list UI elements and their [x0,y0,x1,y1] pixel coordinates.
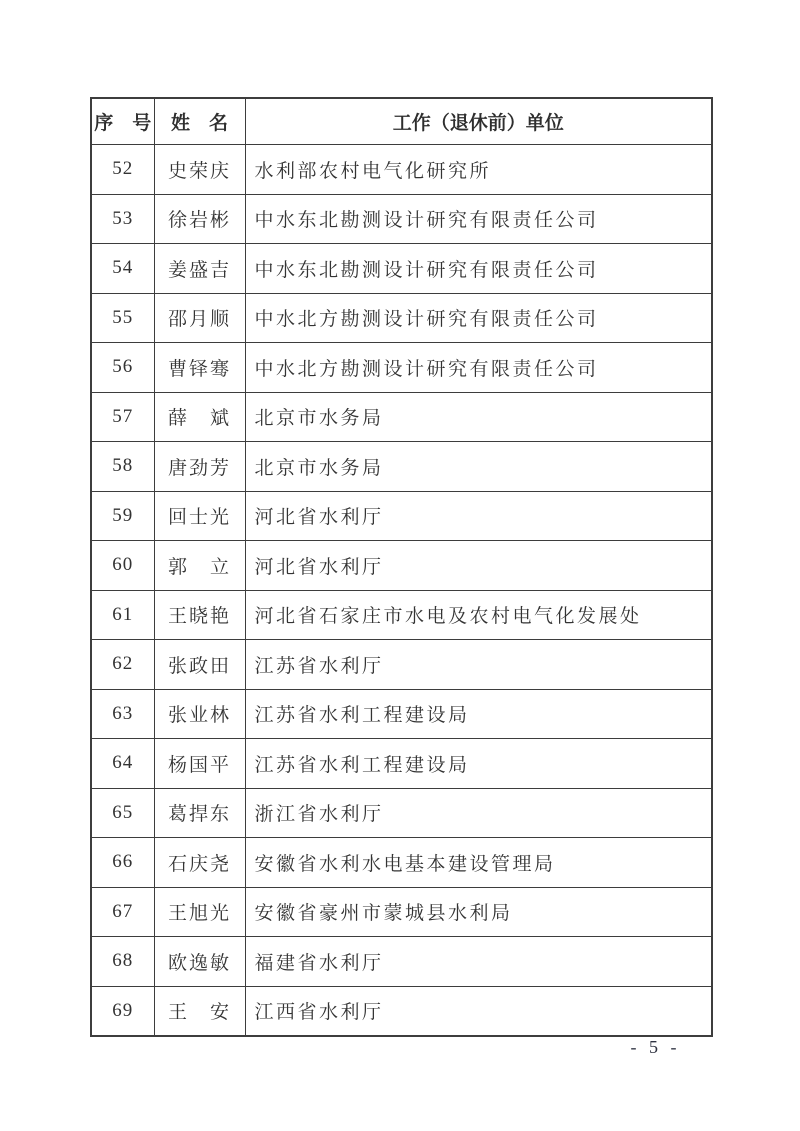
row-name-cell: 郭 立 [154,541,245,591]
table-row: 61 王晓艳 河北省石家庄市水电及农村电气化发展处 [91,590,712,640]
row-name-cell: 杨国平 [154,739,245,789]
row-index-cell: 69 [91,986,154,1036]
table-row: 58 唐劲芳 北京市水务局 [91,442,712,492]
row-unit-cell: 江西省水利厅 [245,986,712,1036]
column-header-index: 序 号 [91,98,154,145]
row-index-cell: 53 [91,194,154,244]
header-row: 序 号 姓 名 工作（退休前）单位 [91,98,712,145]
row-index-cell: 61 [91,590,154,640]
row-unit-cell: 水利部农村电气化研究所 [245,145,712,195]
row-index-cell: 63 [91,689,154,739]
row-unit-cell: 江苏省水利厅 [245,640,712,690]
table-row: 69 王 安 江西省水利厅 [91,986,712,1036]
table-row: 67 王旭光 安徽省豪州市蒙城县水利局 [91,887,712,937]
row-index-cell: 52 [91,145,154,195]
page-number: - 5 - [603,1037,708,1058]
table-row: 65 葛捍东 浙江省水利厅 [91,788,712,838]
row-index-cell: 62 [91,640,154,690]
table-row: 57 薛 斌 北京市水务局 [91,392,712,442]
row-unit-cell: 中水东北勘测设计研究有限责任公司 [245,194,712,244]
row-unit-cell: 中水北方勘测设计研究有限责任公司 [245,343,712,393]
row-name-cell: 王旭光 [154,887,245,937]
row-name-cell: 王晓艳 [154,590,245,640]
row-unit-cell: 北京市水务局 [245,392,712,442]
row-unit-cell: 中水北方勘测设计研究有限责任公司 [245,293,712,343]
row-index-cell: 66 [91,838,154,888]
row-name-cell: 回士光 [154,491,245,541]
row-unit-cell: 江苏省水利工程建设局 [245,689,712,739]
row-index-cell: 58 [91,442,154,492]
document-page: 序 号 姓 名 工作（退休前）单位 52 史荣庆 水利部农村电气化研究所 53 … [0,0,800,1131]
row-name-cell: 曹铎骞 [154,343,245,393]
table-row: 54 姜盛吉 中水东北勘测设计研究有限责任公司 [91,244,712,294]
row-index-cell: 60 [91,541,154,591]
row-unit-cell: 河北省水利厅 [245,491,712,541]
row-index-cell: 56 [91,343,154,393]
column-header-name: 姓 名 [154,98,245,145]
table-row: 55 邵月顺 中水北方勘测设计研究有限责任公司 [91,293,712,343]
row-index-cell: 54 [91,244,154,294]
row-name-cell: 薛 斌 [154,392,245,442]
row-name-cell: 唐劲芳 [154,442,245,492]
row-name-cell: 史荣庆 [154,145,245,195]
table-row: 68 欧逸敏 福建省水利厅 [91,937,712,987]
row-index-cell: 67 [91,887,154,937]
retirees-table: 序 号 姓 名 工作（退休前）单位 52 史荣庆 水利部农村电气化研究所 53 … [90,97,713,1037]
row-index-cell: 57 [91,392,154,442]
row-name-cell: 张政田 [154,640,245,690]
row-name-cell: 张业林 [154,689,245,739]
row-unit-cell: 浙江省水利厅 [245,788,712,838]
table-row: 62 张政田 江苏省水利厅 [91,640,712,690]
table-row: 60 郭 立 河北省水利厅 [91,541,712,591]
table-row: 66 石庆尧 安徽省水利水电基本建设管理局 [91,838,712,888]
row-index-cell: 65 [91,788,154,838]
table-body: 52 史荣庆 水利部农村电气化研究所 53 徐岩彬 中水东北勘测设计研究有限责任… [91,145,712,1037]
table-row: 56 曹铎骞 中水北方勘测设计研究有限责任公司 [91,343,712,393]
row-unit-cell: 北京市水务局 [245,442,712,492]
table-row: 64 杨国平 江苏省水利工程建设局 [91,739,712,789]
row-unit-cell: 安徽省水利水电基本建设管理局 [245,838,712,888]
table-row: 52 史荣庆 水利部农村电气化研究所 [91,145,712,195]
table-row: 59 回士光 河北省水利厅 [91,491,712,541]
row-unit-cell: 福建省水利厅 [245,937,712,987]
row-index-cell: 68 [91,937,154,987]
table-row: 63 张业林 江苏省水利工程建设局 [91,689,712,739]
row-unit-cell: 中水东北勘测设计研究有限责任公司 [245,244,712,294]
row-name-cell: 欧逸敏 [154,937,245,987]
row-index-cell: 59 [91,491,154,541]
row-unit-cell: 河北省石家庄市水电及农村电气化发展处 [245,590,712,640]
row-name-cell: 姜盛吉 [154,244,245,294]
table-row: 53 徐岩彬 中水东北勘测设计研究有限责任公司 [91,194,712,244]
row-unit-cell: 河北省水利厅 [245,541,712,591]
row-index-cell: 64 [91,739,154,789]
row-name-cell: 邵月顺 [154,293,245,343]
column-header-unit: 工作（退休前）单位 [245,98,712,145]
row-unit-cell: 安徽省豪州市蒙城县水利局 [245,887,712,937]
table-header: 序 号 姓 名 工作（退休前）单位 [91,98,712,145]
row-name-cell: 石庆尧 [154,838,245,888]
row-name-cell: 徐岩彬 [154,194,245,244]
row-unit-cell: 江苏省水利工程建设局 [245,739,712,789]
row-name-cell: 葛捍东 [154,788,245,838]
row-name-cell: 王 安 [154,986,245,1036]
row-index-cell: 55 [91,293,154,343]
